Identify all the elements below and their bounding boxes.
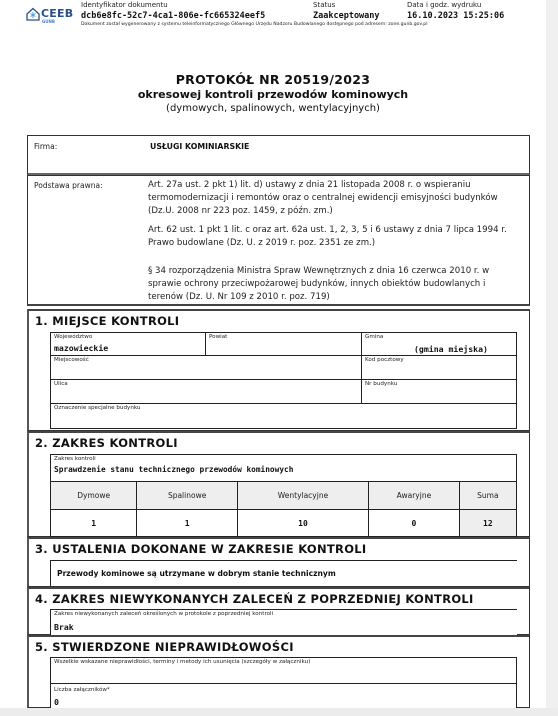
attachments-count-value: 0	[54, 697, 59, 707]
legal-basis-paragraph: § 34 rozporządzenia Ministra Spraw Wewnę…	[148, 265, 523, 304]
section-irregularities: 5. STWIERDZONE NIEPRAWIDŁOWOŚCI Wszelkie…	[27, 635, 530, 708]
irregularities-label: Wszelkie wskazane nieprawidłości, termin…	[54, 659, 310, 665]
bottom-edge	[0, 708, 558, 716]
county-label: Powiat	[209, 334, 227, 340]
count-ventilation: 10	[237, 510, 368, 537]
voivodeship-value: mazowieckie	[54, 343, 108, 353]
commune-field: Gmina (gmina miejska)	[361, 332, 517, 356]
scope-label: Zakres kontroli	[54, 456, 96, 462]
document-header: CEEB GUNB Identyfikator dokumentu dcb6e8…	[0, 0, 546, 34]
section-title: 2. ZAKRES KONTROLI	[35, 436, 178, 450]
unfulfilled-field: Zakres niewykonanych zaleceń określonych…	[50, 609, 517, 635]
print-date-value: 16.10.2023 15:25:06	[407, 11, 504, 21]
section-title: 3. USTALENIA DOKONANE W ZAKRESIE KONTROL…	[35, 542, 367, 556]
firm-box: Firma: USŁUGI KOMINIARSKIE	[27, 135, 530, 175]
special-designation-field: Oznaczenie specjalne budynku	[50, 403, 517, 429]
firm-value: USŁUGI KOMINIARSKIE	[150, 142, 249, 151]
column-header: Spalinowe	[137, 482, 238, 510]
unfulfilled-label: Zakres niewykonanych zaleceń określonych…	[54, 611, 273, 617]
table-row: 1 1 10 0 12	[51, 510, 517, 537]
voivodeship-label: Województwo	[54, 334, 92, 340]
locality-label: Miejscowość	[54, 357, 89, 363]
status-value: Zaakceptowany	[313, 11, 380, 21]
ceeb-logo: CEEB GUNB	[26, 6, 74, 26]
protocol-title: PROTOKÓŁ NR 20519/2023	[0, 72, 546, 87]
count-emergency: 0	[369, 510, 460, 537]
voivodeship-field: Województwo mazowieckie	[50, 332, 206, 356]
building-number-label: Nr budynku	[365, 381, 397, 387]
document-page: CEEB GUNB Identyfikator dokumentu dcb6e8…	[0, 0, 546, 708]
postal-code-field: Kod pocztowy	[361, 355, 517, 380]
house-snowflake-icon	[26, 7, 40, 21]
legal-basis-paragraph: Art. 62 ust. 1 pkt 1 lit. c oraz art. 62…	[148, 224, 523, 250]
doc-id-label: Identyfikator dokumentu	[81, 1, 168, 9]
column-header: Dymowe	[51, 482, 137, 510]
section-findings: 3. USTALENIA DOKONANE W ZAKRESIE KONTROL…	[27, 537, 530, 587]
section-unfulfilled-recommendations: 4. ZAKRES NIEWYKONANYCH ZALECEŃ Z POPRZE…	[27, 587, 530, 635]
column-header: Suma	[459, 482, 516, 510]
column-header: Wentylacyjne	[237, 482, 368, 510]
building-number-field: Nr budynku	[361, 379, 517, 404]
findings-value: Przewody kominowe są utrzymane w dobrym …	[57, 569, 336, 578]
table-header-row: Dymowe Spalinowe Wentylacyjne Awaryjne S…	[51, 482, 517, 510]
legal-basis-paragraph: Art. 27a ust. 2 pkt 1) lit. d) ustawy z …	[148, 179, 523, 218]
status-label: Status	[313, 1, 335, 9]
attachments-count-label: Liczba załączników*	[54, 687, 110, 693]
special-designation-label: Oznaczenie specjalne budynku	[54, 405, 140, 411]
protocol-subtitle-detail: (dymowych, spalinowych, wentylacyjnych)	[0, 103, 546, 114]
county-field: Powiat	[205, 332, 362, 356]
section-title: 5. STWIERDZONE NIEPRAWIDŁOWOŚCI	[35, 640, 294, 654]
column-header: Awaryjne	[369, 482, 460, 510]
flue-counts-table: Dymowe Spalinowe Wentylacyjne Awaryjne S…	[50, 481, 517, 537]
logo-sub: GUNB	[42, 19, 55, 24]
generated-note: Dokument został wygenerowany z systemu t…	[81, 22, 428, 27]
irregularities-field: Wszelkie wskazane nieprawidłości, termin…	[50, 657, 517, 684]
count-exhaust: 1	[137, 510, 238, 537]
unfulfilled-value: Brak	[54, 622, 74, 632]
scope-field: Zakres kontroli Sprawdzenie stanu techni…	[50, 454, 517, 482]
count-smoke: 1	[51, 510, 137, 537]
print-date-label: Data i godz. wydruku	[407, 1, 481, 9]
locality-field: Miejscowość	[50, 355, 362, 380]
attachments-count-field: Liczba załączników* 0	[50, 683, 517, 708]
street-field: Ulica	[50, 379, 362, 404]
street-label: Ulica	[54, 381, 68, 387]
section-title: 1. MIEJSCE KONTROLI	[35, 314, 179, 328]
protocol-subtitle: okresowej kontroli przewodów kominowych	[0, 88, 546, 101]
scope-value: Sprawdzenie stanu technicznego przewodów…	[54, 465, 293, 474]
doc-id-value: dcb6e8fc-52c7-4ca1-806e-fc665324eef5	[81, 11, 265, 21]
commune-value: (gmina miejska)	[414, 344, 488, 354]
count-total: 12	[459, 510, 516, 537]
section-title: 4. ZAKRES NIEWYKONANYCH ZALECEŃ Z POPRZE…	[35, 592, 474, 606]
commune-label: Gmina	[365, 334, 383, 340]
section-location: 1. MIEJSCE KONTROLI Województwo mazowiec…	[27, 309, 530, 431]
vertical-scrollbar[interactable]	[546, 0, 558, 716]
firm-label: Firma:	[34, 142, 57, 151]
section-scope: 2. ZAKRES KONTROLI Zakres kontroli Spraw…	[27, 431, 530, 537]
postal-code-label: Kod pocztowy	[365, 357, 404, 363]
legal-basis-label: Podstawa prawna:	[34, 181, 103, 190]
findings-field: Przewody kominowe są utrzymane w dobrym …	[50, 560, 517, 586]
